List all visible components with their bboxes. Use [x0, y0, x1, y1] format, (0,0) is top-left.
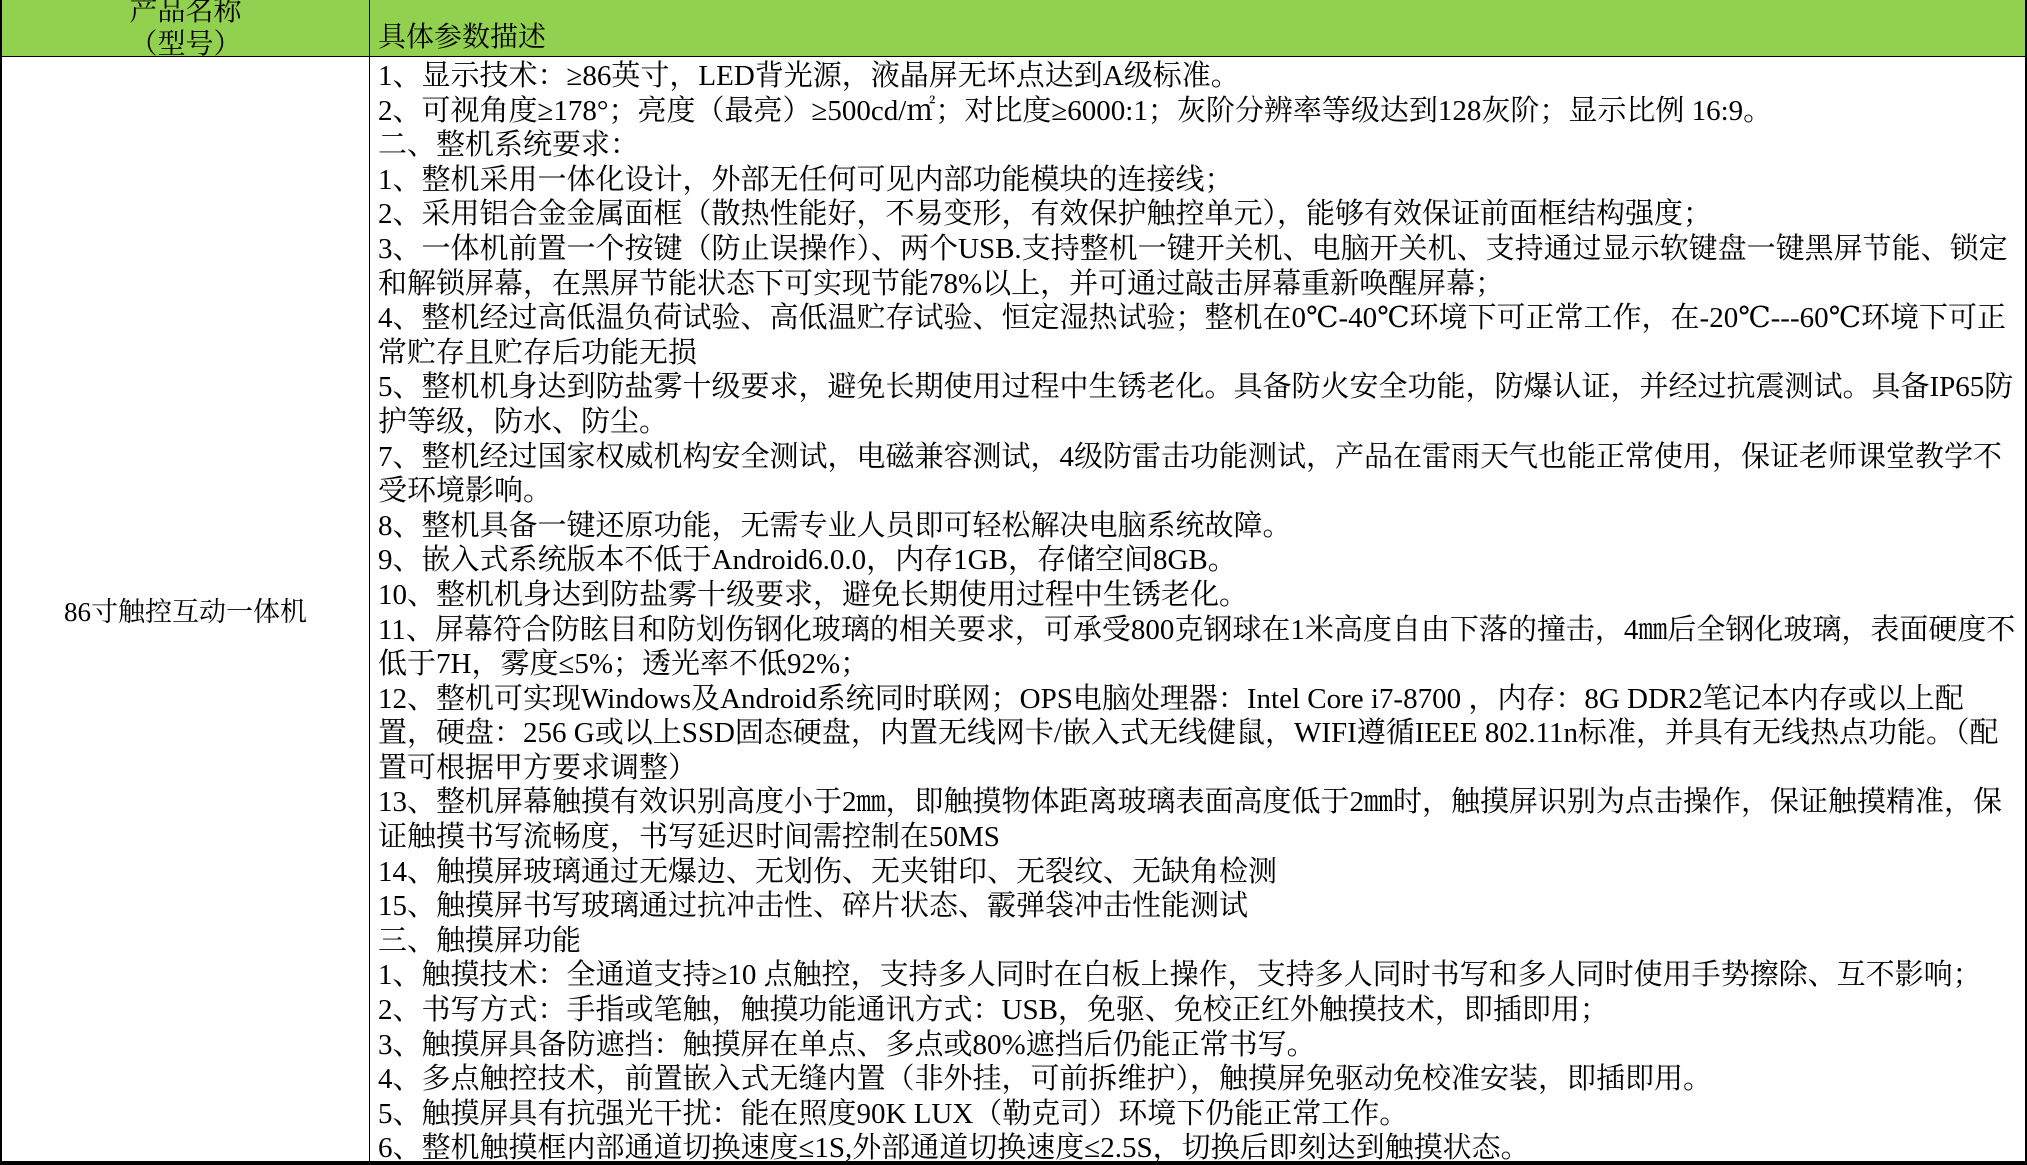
spec-item: 9、嵌入式系统版本不低于Android6.0.0，内存1GB，存储空间8GB。 — [378, 543, 2021, 578]
product-name-text: 86寸触控互动一体机 — [64, 590, 307, 629]
spec-item: 11、屏幕符合防眩目和防划伤钢化玻璃的相关要求，可承受800克钢球在1米高度自由… — [378, 613, 2021, 682]
spec-item: 13、整机屏幕触摸有效识别高度小于2㎜，即触摸物体距离玻璃表面高度低于2㎜时，触… — [378, 785, 2021, 854]
spec-item: 5、触摸屏具有抗强光干扰：能在照度90K LUX（勒克司）环境下仍能正常工作。 — [378, 1097, 2021, 1132]
spec-item: 1、显示技术：≥86英寸，LED背光源，液晶屏无坏点达到A级标准。 — [378, 59, 2021, 94]
spec-item: 2、采用铝合金金属面框（散热性能好，不易变形，有效保护触控单元），能够有效保证前… — [378, 197, 2021, 232]
spec-item: 14、触摸屏玻璃通过无爆边、无划伤、无夹钳印、无裂纹、无缺角检测 — [378, 855, 2021, 890]
header-product-name-col: 产品名称 （型号） — [2, 0, 370, 57]
spec-item: 二、整机系统要求： — [378, 128, 2021, 163]
spec-item: 1、触摸技术：全通道支持≥10 点触控，支持多人同时在白板上操作，支持多人同时书… — [378, 958, 2021, 993]
spec-item: 7、整机经过国家权威机构安全测试，电磁兼容测试，4级防雷击功能测试，产品在雷雨天… — [378, 440, 2021, 509]
spec-item: 6、整机触摸框内部通道切换速度≤1S,外部通道切换速度≤2.5S，切换后即刻达到… — [378, 1131, 2021, 1161]
spec-item: 8、整机具备一键还原功能，无需专业人员即可轻松解决电脑系统故障。 — [378, 509, 2021, 544]
spec-list-cell: 1、显示技术：≥86英寸，LED背光源，液晶屏无坏点达到A级标准。2、可视角度≥… — [370, 57, 2025, 1161]
header-params-col: 具体参数描述 — [370, 0, 2025, 57]
spec-item: 12、整机可实现Windows及Android系统同时联网；OPS电脑处理器：I… — [378, 682, 2021, 786]
spec-item: 4、整机经过高低温负荷试验、高低温贮存试验、恒定湿热试验；整机在0℃-40℃环境… — [378, 301, 2021, 370]
header-params-label: 具体参数描述 — [378, 15, 546, 55]
product-name-cell: 86寸触控互动一体机 — [2, 57, 370, 1161]
product-spec-table: 产品名称 （型号） 具体参数描述 86寸触控互动一体机 1、显示技术：≥86英寸… — [2, 0, 2025, 1161]
header-product-name-line1: 产品名称 — [129, 0, 241, 28]
spec-item: 4、多点触控技术，前置嵌入式无缝内置（非外挂，可前拆维护），触摸屏免驱动免校准安… — [378, 1062, 2021, 1097]
spec-item: 10、整机机身达到防盐雾十级要求，避免长期使用过程中生锈老化。 — [378, 578, 2021, 613]
spec-item: 三、触摸屏功能 — [378, 924, 2021, 959]
spec-item: 2、可视角度≥178°；亮度（最亮）≥500cd/㎡；对比度≥6000:1；灰阶… — [378, 94, 2021, 129]
spec-item: 2、书写方式：手指或笔触，触摸功能通讯方式：USB，免驱、免校正红外触摸技术，即… — [378, 993, 2021, 1028]
spec-sheet: 产品名称 （型号） 具体参数描述 86寸触控互动一体机 1、显示技术：≥86英寸… — [0, 0, 2027, 1165]
spec-item: 1、整机采用一体化设计，外部无任何可见内部功能模块的连接线； — [378, 163, 2021, 198]
spec-item: 5、整机机身达到防盐雾十级要求，避免长期使用过程中生锈老化。具备防火安全功能，防… — [378, 370, 2021, 439]
spec-item: 15、触摸屏书写玻璃通过抗冲击性、碎片状态、霰弹袋冲击性能测试 — [378, 889, 2021, 924]
spec-item: 3、一体机前置一个按键（防止误操作）、两个USB.支持整机一键开关机、电脑开关机… — [378, 232, 2021, 301]
spec-item: 3、触摸屏具备防遮挡：触摸屏在单点、多点或80%遮挡后仍能正常书写。 — [378, 1028, 2021, 1063]
